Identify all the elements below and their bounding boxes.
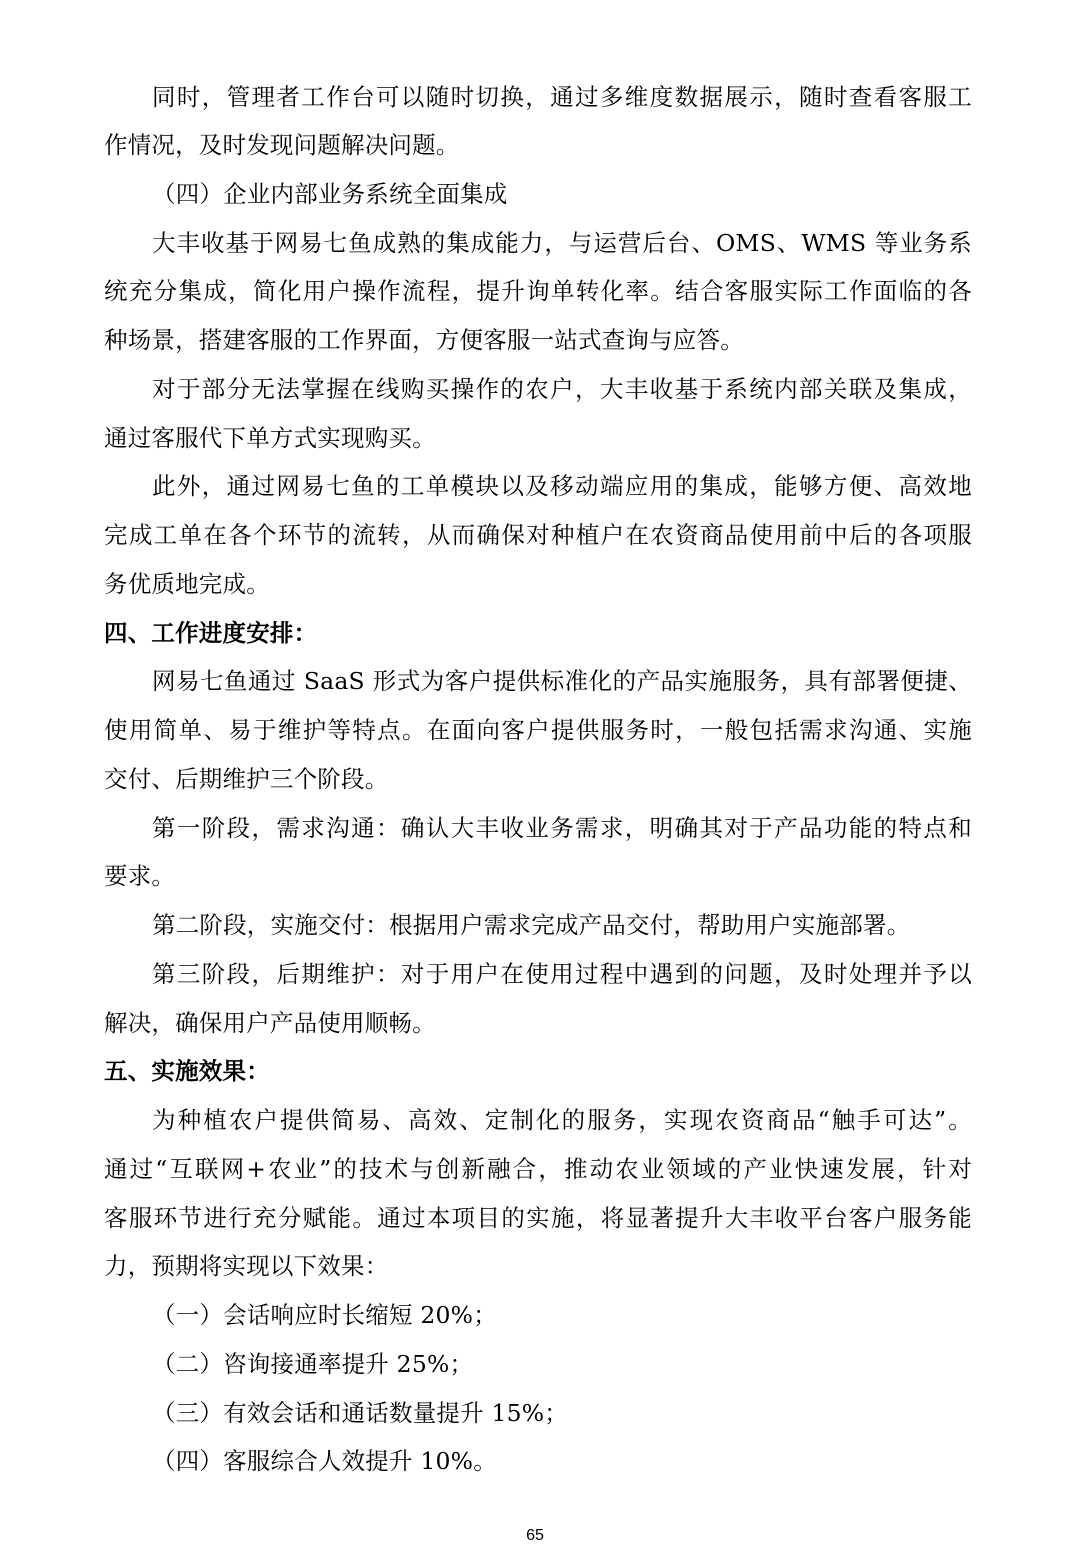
paragraph-line: 交付、后期维护三个阶段。 [104,764,972,794]
paragraph-line: 网易七鱼通过 SaaS 形式为客户提供标准化的产品实施服务，具有部署便捷、 [152,666,972,696]
paragraph-line: 客服环节进行充分赋能。通过本项目的实施，将显著提升大丰收平台客户服务能 [104,1203,972,1233]
paragraph-line: 力，预期将实现以下效果： [104,1251,972,1281]
paragraph-line: 此外，通过网易七鱼的工单模块以及移动端应用的集成，能够方便、高效地 [152,471,972,501]
list-item: （一）会话响应时长缩短 20%； [152,1300,972,1330]
paragraph-line: 务优质地完成。 [104,569,972,599]
paragraph-line: 通过“互联网+农业”的技术与创新融合，推动农业领域的产业快速发展，针对 [104,1154,972,1184]
section-heading: 五、实施效果： [104,1056,972,1086]
paragraph-line: 使用简单、易于维护等特点。在面向客户提供服务时，一般包括需求沟通、实施 [104,715,972,745]
paragraph-line: 第一阶段，需求沟通：确认大丰收业务需求，明确其对于产品功能的特点和 [152,813,972,843]
paragraph-line: 通过客服代下单方式实现购买。 [104,423,972,453]
paragraph-line: 解决，确保用户产品使用顺畅。 [104,1008,972,1038]
paragraph-line: 同时，管理者工作台可以随时切换，通过多维度数据展示，随时查看客服工 [152,82,972,112]
paragraph-line: 种场景，搭建客服的工作界面，方便客服一站式查询与应答。 [104,325,972,355]
paragraph-line: 要求。 [104,861,972,891]
paragraph-line: 完成工单在各个环节的流转，从而确保对种植户在农资商品使用前中后的各项服 [104,520,972,550]
paragraph-line: 大丰收基于网易七鱼成熟的集成能力，与运营后台、OMS、WMS 等业务系 [152,228,972,258]
paragraph-line: 作情况，及时发现问题解决问题。 [104,130,972,160]
list-item: （二）咨询接通率提升 25%； [152,1349,972,1379]
list-item: （四）客服综合人效提升 10%。 [152,1446,972,1476]
list-item: （三）有效会话和通话数量提升 15%； [152,1398,972,1428]
paragraph-line: 第三阶段，后期维护：对于用户在使用过程中遇到的问题，及时处理并予以 [152,959,972,989]
section-heading: 四、工作进度安排： [104,618,972,648]
paragraph-line: 对于部分无法掌握在线购买操作的农户，大丰收基于系统内部关联及集成， [152,374,972,404]
subsection-heading: （四）企业内部业务系统全面集成 [152,179,972,209]
paragraph-line: 统充分集成，简化用户操作流程，提升询单转化率。结合客服实际工作面临的各 [104,276,972,306]
paragraph-line: 第二阶段，实施交付：根据用户需求完成产品交付，帮助用户实施部署。 [152,910,972,940]
document-page: 同时，管理者工作台可以随时切换，通过多维度数据展示，随时查看客服工 作情况，及时… [0,0,1070,1568]
paragraph-line: 为种植农户提供简易、高效、定制化的服务，实现农资商品“触手可达”。 [152,1105,972,1135]
page-number: 65 [0,1526,1070,1546]
